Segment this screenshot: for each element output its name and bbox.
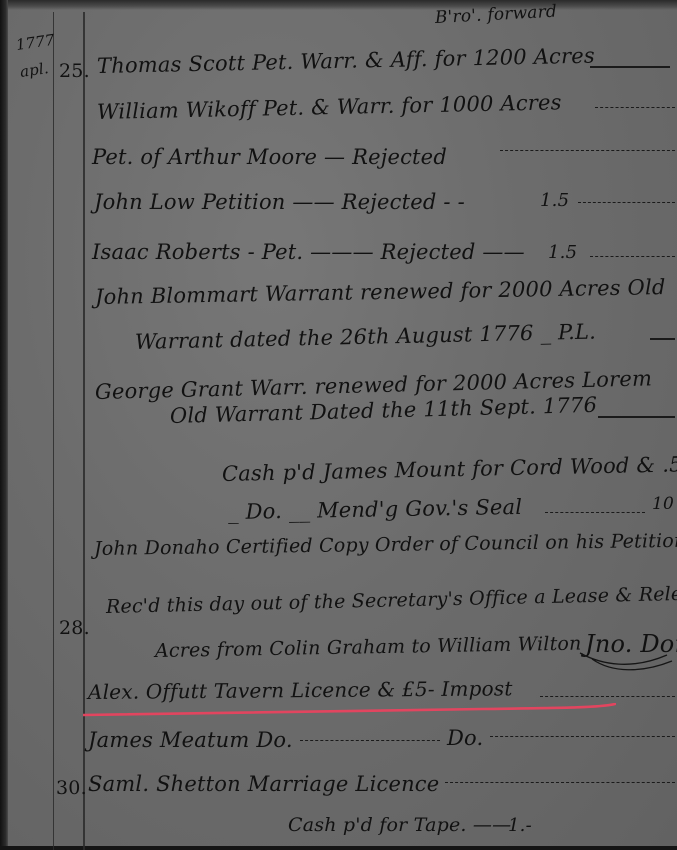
ledger-entry: John Low Petition —— Rejected - - [94,190,465,214]
entry-amount: 1.- [508,815,532,836]
entry-dash [578,202,675,203]
entry-dash [650,338,675,340]
ledger-entry: _ Do. __ Mend'g Gov.'s Seal [228,495,523,524]
day-number: 30. [56,777,87,799]
ledger-page: B'ro'. forward 1777 apl. 25. 28. 30. Tho… [0,0,677,850]
entry-dash [590,256,675,257]
entry-amount: 1.5 [540,190,569,211]
entry-amount: 1.5 [548,242,577,263]
entry-dash [540,696,675,697]
entry-dash [595,107,675,108]
ledger-entry-highlighted: Alex. Offutt Tavern Licence & £5- Impost [88,676,513,704]
entry-dash [545,512,645,513]
binding-edge [0,0,8,850]
page-top-shadow [0,0,677,10]
ledger-entry: Rec'd this day out of the Secretary's Of… [106,581,677,618]
ledger-entry: Warrant dated the 26th August 1776 _ P.L… [135,320,597,354]
day-number: 28. [59,617,90,639]
ledger-entry: Acres from Colin Graham to William Wilto… [155,633,582,662]
ledger-entry: Cash p'd James Mount for Cord Wood & .50 [222,452,677,486]
ledger-entry: Isaac Roberts - Pet. ——— Rejected —— [92,240,525,264]
ledger-entry: James Meatum Do. [88,728,293,752]
margin-year: 1777 [15,31,56,54]
page-bottom-edge [0,846,677,850]
ledger-entry: Cash p'd for Tape. —— [288,814,511,836]
ledger-entry: William Wikoff Pet. & Warr. for 1000 Acr… [97,90,562,124]
ledger-entry: Thomas Scott Pet. Warr. & Aff. for 1200 … [97,44,595,78]
entry-dash [445,782,675,783]
entry-amount: Do. [447,726,483,750]
ledger-entry: John Donaho Certified Copy Order of Coun… [94,530,677,560]
entry-dash [500,150,675,151]
ledger-entry: Saml. Shetton Marriage Licence [88,772,439,796]
margin-rule-day [83,12,85,850]
entry-dash [590,66,670,68]
entry-dash [598,416,675,418]
entry-amount: 10 [652,494,674,514]
entry-dash [300,740,440,741]
day-number: 25. [59,60,90,82]
ledger-entry: Pet. of Arthur Moore — Rejected [92,145,447,169]
ledger-entry: John Blommart Warrant renewed for 2000 A… [95,275,666,309]
red-underline-annotation [83,703,616,719]
signature-flourish [572,625,677,675]
margin-month: apl. [19,59,50,81]
margin-rule-date [53,12,54,850]
entry-dash [490,736,675,737]
